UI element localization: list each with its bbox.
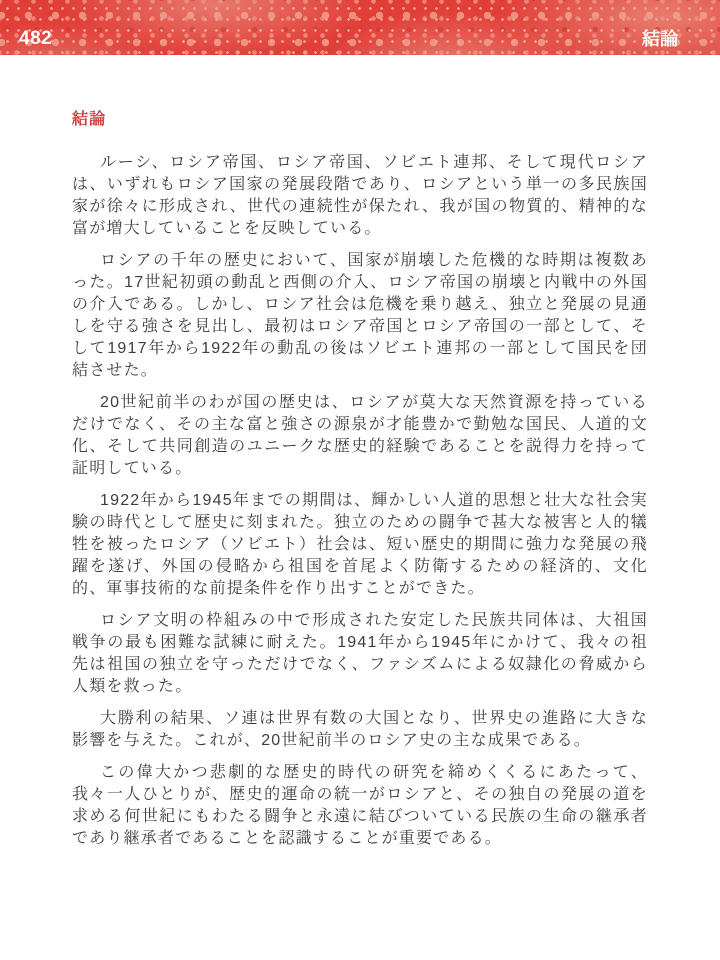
header-section-title: 結論 [642,30,678,48]
paragraph: 20世紀前半のわが国の歴史は、ロシアが莫大な天然資源を持っているだけでなく、その… [72,392,648,480]
paragraph: 大勝利の結果、ソ連は世界有数の大国となり、世界史の進路に大きな影響を与えた。これ… [72,708,648,752]
paragraph: ルーシ、ロシア帝国、ロシア帝国、ソビエト連邦、そして現代ロシアは、いずれもロシア… [72,152,648,240]
section-heading: 結論 [72,109,648,131]
paragraph: ロシア文明の枠組みの中で形成された安定した民族共同体は、大祖国戦争の最も困難な試… [72,610,648,698]
page-number: 482 [19,29,52,48]
page-header-banner: 482 結論 [0,0,720,55]
document-page: 482 結論 結論 ルーシ、ロシア帝国、ロシア帝国、ソビエト連邦、そして現代ロシ… [0,0,720,960]
paragraph: ロシアの千年の歴史において、国家が崩壊した危機的な時期は複数あった。17世紀初頭… [72,250,648,382]
paragraph: この偉大かつ悲劇的な歴史的時代の研究を締めくくるにあたって、我々一人ひとりが、歴… [72,762,648,850]
paragraph: 1922年から1945年までの期間は、輝かしい人道的思想と壮大な社会実験の時代と… [72,490,648,600]
document-body: 結論 ルーシ、ロシア帝国、ロシア帝国、ソビエト連邦、そして現代ロシアは、いずれも… [72,55,648,860]
